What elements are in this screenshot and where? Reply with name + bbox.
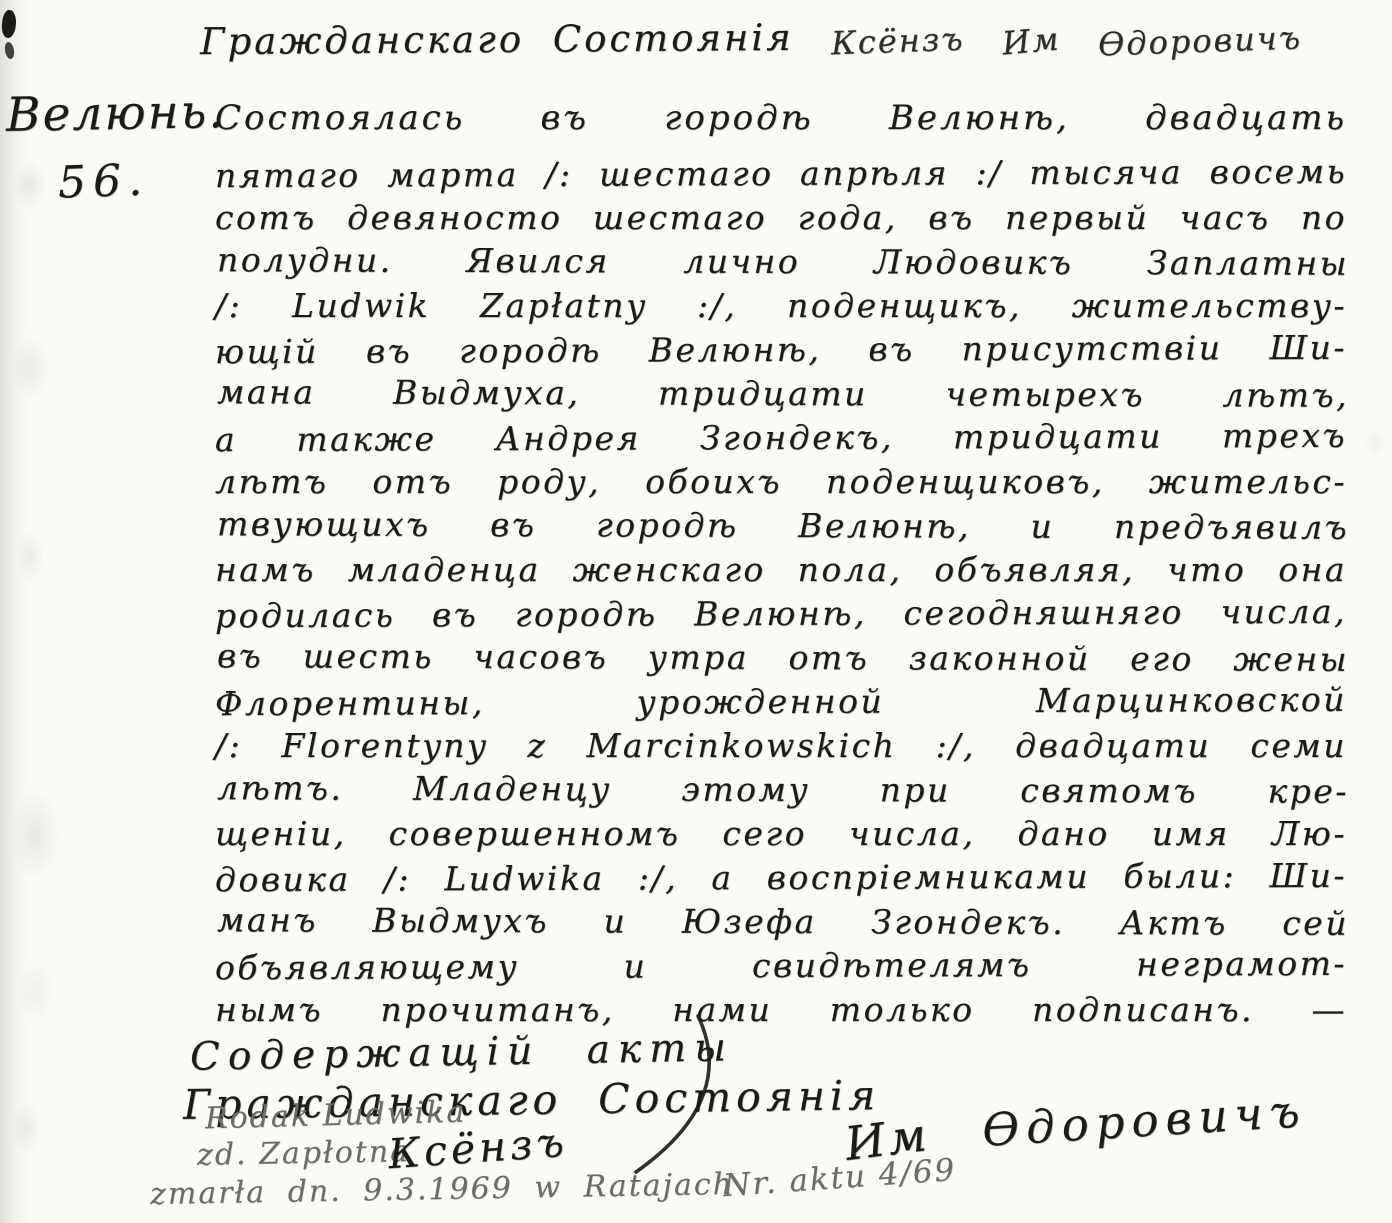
body-line: /: Ludwik Zapłatny :/, поденщикъ, житель… xyxy=(215,284,1347,328)
body-line: мана Выдмуха, тридцати четырехъ лѣтъ, xyxy=(217,370,1349,418)
scan-edge-shading xyxy=(0,0,28,1223)
body-line: твующихъ въ городѣ Велюнѣ, и предъявилъ xyxy=(217,502,1349,550)
registrar-signature: Ѳдоровичъ xyxy=(981,1084,1308,1157)
body-line: пятаго марта /: шестаго апрѣля :/ тысяча… xyxy=(215,150,1347,198)
body-line: /: Florentyny z Marcinkowskich :/, двадц… xyxy=(215,724,1347,768)
body-line: лѣтъ отъ роду, обоихъ поденщиковъ, жител… xyxy=(215,460,1347,504)
body-line: въ шесть часовъ утра отъ законной его же… xyxy=(217,634,1349,682)
body-line: полудни. Явился лично Людовикъ Заплатны xyxy=(217,238,1349,286)
signature-initials: Им xyxy=(842,1107,932,1171)
pencil-note-maiden-name: zd. Zapłotna xyxy=(197,1134,411,1173)
body-line: довика /: Ludwika :/, а воспріемниками б… xyxy=(215,854,1347,902)
header-row: Гражданскаго Состоянія Ксёнзъ Им Ѳдорови… xyxy=(200,18,1302,61)
body-line: Флорентины, урожденной Марцинковской xyxy=(215,678,1347,726)
body-line: а также Андрея Згондекъ, тридцати трехъ xyxy=(215,414,1347,462)
body-line: сотъ девяносто шестаго года, въ первый ч… xyxy=(215,196,1347,240)
body-line: родилась въ городѣ Велюнѣ, сегодняшняго … xyxy=(215,590,1347,638)
scanned-birth-record-page: Гражданскаго Состоянія Ксёнзъ Им Ѳдорови… xyxy=(0,0,1392,1223)
header-title: Гражданскаго Состоянія xyxy=(200,16,794,63)
body-line: объявляющему и свидѣтелямъ неграмот- xyxy=(215,942,1347,990)
body-line: лѣтъ. Младенцу этому при святомъ кре- xyxy=(217,766,1349,814)
body-first-line: Состоялась въ городѣ Велюнѣ, двадцать xyxy=(215,98,1347,138)
margin-place-name: Велюнь. xyxy=(6,84,226,143)
registrar-signature: Ксёнзъ xyxy=(831,20,966,63)
pen-flourish xyxy=(598,1012,728,1182)
act-number: 56. xyxy=(57,154,150,208)
registrar-signature: Ѳдоровичъ xyxy=(1097,18,1302,63)
body-line: ющій въ городѣ Велюнѣ, въ присутствіи Ши… xyxy=(215,326,1347,374)
body-line: намъ младенца женскаго пола, объявляя, ч… xyxy=(215,548,1347,592)
body-text: пятаго марта /: шестаго апрѣля :/ тысяча… xyxy=(215,152,1347,1032)
body-line: щеніи, совершенномъ сего числа, дано имя… xyxy=(215,812,1347,856)
body-line: манъ Выдмухъ и Юзефа Згондекъ. Актъ сей xyxy=(217,898,1349,946)
body-line: нымъ прочитанъ, нами только подписанъ. — xyxy=(215,988,1347,1032)
registrar-signature: Им xyxy=(1001,20,1063,63)
